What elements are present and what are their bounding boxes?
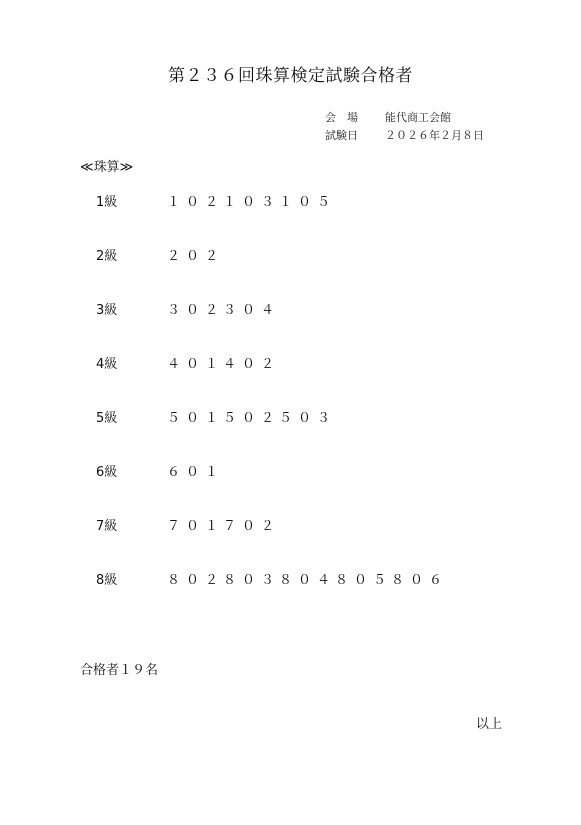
passer-number: ８０３ — [223, 572, 279, 590]
grade-row-4: 4級 ４０１ ４０２ — [96, 356, 279, 374]
passer-numbers: ２０２ — [167, 248, 223, 266]
grade-label: 5級 — [96, 410, 167, 428]
passer-number: ４０１ — [167, 356, 223, 374]
passer-number: ８０４ — [279, 572, 335, 590]
passer-numbers: ４０１ ４０２ — [167, 356, 279, 374]
document-page: 第２３６回珠算検定試験合格者 会 場能代商工会館 試験日２０２６年２月８日 ≪珠… — [0, 0, 581, 825]
grade-row-5: 5級 ５０１ ５０２ ５０３ — [96, 410, 335, 428]
passer-numbers: ３０２ ３０４ — [167, 302, 279, 320]
passer-numbers: １０２ １０３ １０５ — [167, 194, 335, 212]
document-title: 第２３６回珠算検定試験合格者 — [0, 64, 581, 88]
passer-number: ２０２ — [167, 248, 223, 266]
passer-number: １０２ — [167, 194, 223, 212]
exam-date-value: ２０２６年２月８日 — [385, 129, 484, 142]
grade-label: 1級 — [96, 194, 167, 212]
passer-number: ８０５ — [335, 572, 391, 590]
passer-count-summary: 合格者１９名 — [80, 662, 158, 680]
grade-row-7: 7級 ７０１ ７０２ — [96, 518, 279, 536]
passer-number: ７０１ — [167, 518, 223, 536]
section-heading: ≪珠算≫ — [80, 159, 133, 177]
exam-date-row: 試験日２０２６年２月８日 — [311, 115, 484, 157]
passer-number: ６０１ — [167, 464, 223, 482]
grade-label: 6級 — [96, 464, 167, 482]
passer-number: ３０４ — [223, 302, 279, 320]
exam-date-label: 試験日 — [325, 129, 385, 143]
passer-numbers: ７０１ ７０２ — [167, 518, 279, 536]
grade-label: 7級 — [96, 518, 167, 536]
passer-number: １０５ — [279, 194, 335, 212]
grade-row-2: 2級 ２０２ — [96, 248, 223, 266]
closing-mark: 以上 — [476, 716, 502, 734]
grade-row-1: 1級 １０２ １０３ １０５ — [96, 194, 335, 212]
passer-number: ８０２ — [167, 572, 223, 590]
passer-numbers: ５０１ ５０２ ５０３ — [167, 410, 335, 428]
passer-number: ３０２ — [167, 302, 223, 320]
passer-number: ７０２ — [223, 518, 279, 536]
passer-number: ５０３ — [279, 410, 335, 428]
grade-row-6: 6級 ６０１ — [96, 464, 223, 482]
grade-label: 3級 — [96, 302, 167, 320]
grade-row-8: 8級 ８０２ ８０３ ８０４ ８０５ ８０６ — [96, 572, 447, 590]
passer-number: １０３ — [223, 194, 279, 212]
grade-label: 8級 — [96, 572, 167, 590]
grade-row-3: 3級 ３０２ ３０４ — [96, 302, 279, 320]
passer-number: ５０２ — [223, 410, 279, 428]
passer-number: ８０６ — [391, 572, 447, 590]
grade-label: 4級 — [96, 356, 167, 374]
passer-numbers: ６０１ — [167, 464, 223, 482]
passer-numbers: ８０２ ８０３ ８０４ ８０５ ８０６ — [167, 572, 447, 590]
grade-label: 2級 — [96, 248, 167, 266]
passer-number: ５０１ — [167, 410, 223, 428]
passer-number: ４０２ — [223, 356, 279, 374]
